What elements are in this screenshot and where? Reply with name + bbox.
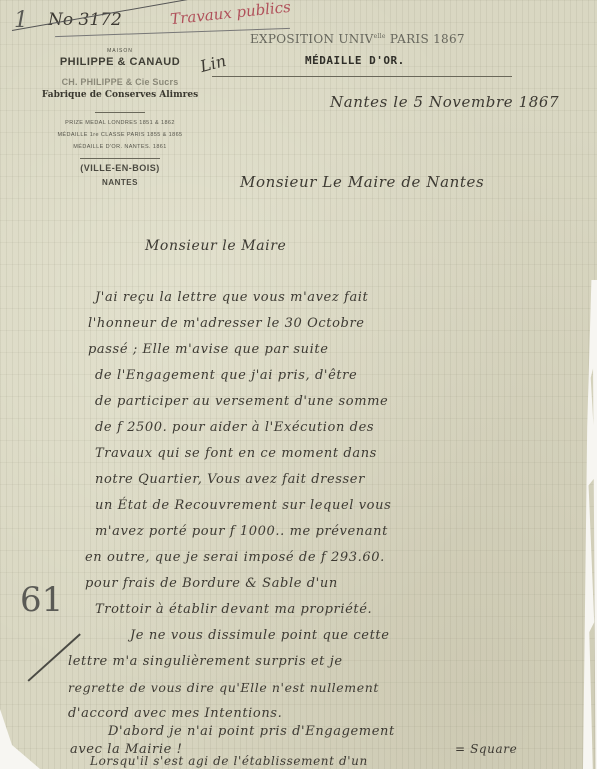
torn-edge-bottom-left [0,709,40,769]
letter-line: Je ne vous dissimule point que cette [130,628,390,643]
letter-line: de l'Engagement que j'ai pris, d'être [95,368,357,383]
letter-line-square: = Square [455,742,517,756]
exposition-heading: EXPOSITION UNIVelle PARIS 1867 [250,32,465,46]
torn-edge-right [583,280,597,769]
salutation: Monsieur le Maire [145,238,286,254]
margin-number: 61 [20,580,63,620]
medal-line: MÉDAILLE D'OR. NANTES. 1861 [40,144,200,150]
letter-line: de participer au versement d'une somme [95,394,388,409]
letter-page: 1 No 3172 Travaux publics Lin 61 MAISON … [0,0,597,769]
letter-line: Lorsqu'il s'est agi de l'établissement d… [90,754,368,768]
city: NANTES [40,178,200,187]
addressee: Monsieur Le Maire de Nantes [240,173,484,191]
medal-line: PRIZE MEDAL LONDRES 1851 & 1862 [40,120,200,126]
letter-line: m'avez porté pour f 1000.. me prévenant [95,524,388,539]
letter-line: de f 2500. pour aider à l'Exécution des [95,420,374,435]
letter-line: un État de Recouvrement sur lequel vous [95,498,391,513]
letter-line: pour frais de Bordure & Sable d'un [85,576,338,591]
business-type: Fabrique de Conserves Alimres [40,90,200,100]
letter-line: J'ai reçu la lettre que vous m'avez fait [95,290,368,305]
letterhead-divider [80,158,160,159]
district: (VILLE-EN-BOIS) [40,163,200,173]
letter-line: en outre, que je serai imposé de f 293.6… [85,550,385,565]
letter-line: passé ; Elle m'avise que par suite [88,342,329,357]
letter-line: lettre m'a singulièrement surpris et je [68,654,343,669]
pencil-note: Lin [198,51,228,76]
firm-name: PHILIPPE & CANAUD [40,56,200,68]
heading-rule [212,76,512,77]
letter-line: D'abord je n'ai point pris d'Engagement [108,724,395,739]
medal-line: MÉDAILLE 1re CLASSE PARIS 1855 & 1865 [40,132,200,138]
red-department-note: Travaux publics [169,0,291,28]
dateline: Nantes le 5 Novembre 1867 [330,93,559,111]
letter-line: d'accord avec mes Intentions. [68,706,282,721]
successors: CH. PHILIPPE & Cie Sucrs [40,77,200,87]
letter-line: l'honneur de m'adresser le 30 Octobre [88,316,365,331]
letter-line: regrette de vous dire qu'Elle n'est null… [68,680,379,695]
letterhead-divider [95,112,145,113]
letter-line: Trottoir à établir devant ma propriété. [95,602,372,617]
letter-line: notre Quartier, Vous avez fait dresser [95,472,365,487]
award-heading: MÉDAILLE D'OR. [305,54,405,67]
letter-line: Travaux qui se font en ce moment dans [95,446,377,461]
letterhead-maison: MAISON [40,48,200,54]
